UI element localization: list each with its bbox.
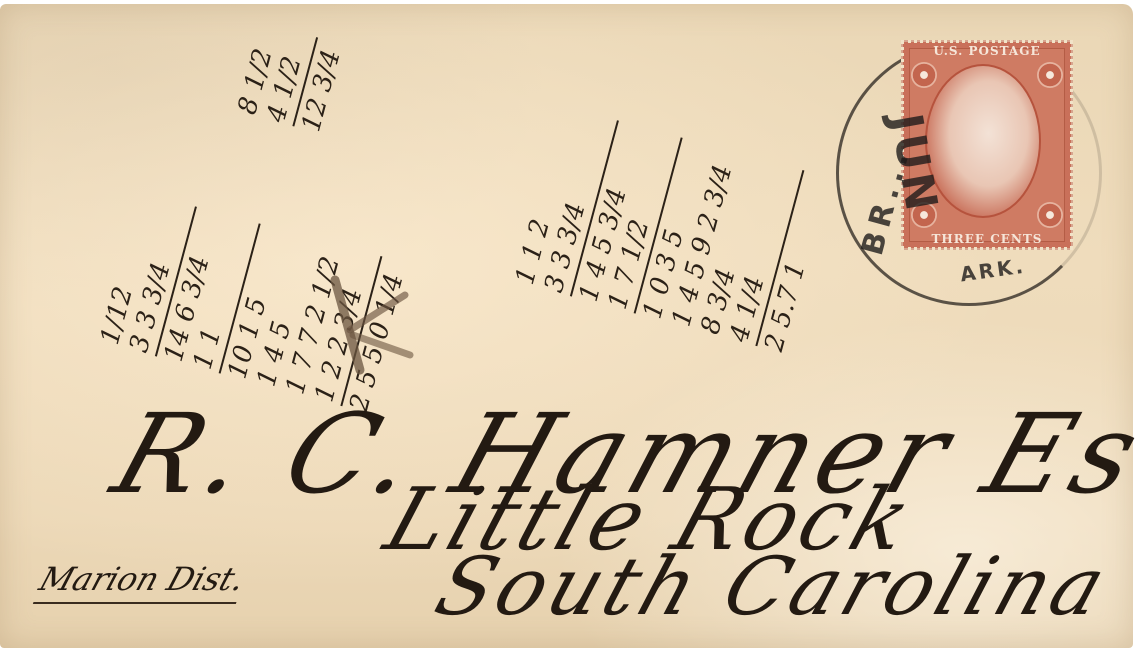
pencil-mark-icon bbox=[305, 270, 415, 380]
rosette-icon bbox=[911, 62, 937, 88]
stamp-bottom-text: THREE CENTS bbox=[903, 232, 1071, 246]
stamp-top-text: U.S. POSTAGE bbox=[903, 44, 1071, 58]
recipient-district: Marion Dist. bbox=[33, 560, 250, 604]
rosette-icon bbox=[1037, 202, 1063, 228]
rosette-icon bbox=[1037, 62, 1063, 88]
recipient-state: South Carolina bbox=[425, 540, 1121, 633]
